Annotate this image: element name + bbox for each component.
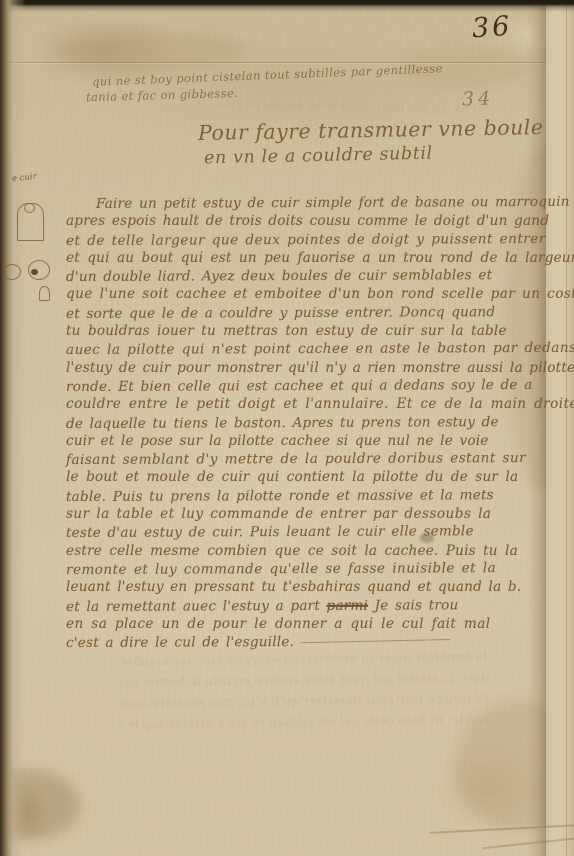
bleed-through-ghost-text: tu bouldras iouer tu mettras ton estuy d… xyxy=(117,645,488,734)
manuscript-line: couldre entre le petit doigt et l'annula… xyxy=(66,395,532,413)
binding-left-edge xyxy=(0,0,26,856)
manuscript-line: le bout et moule de cuir qui contient la… xyxy=(66,468,532,486)
manuscript-line: sur la table et luy commande de entrer p… xyxy=(66,505,532,523)
scan-top-edge xyxy=(0,0,574,12)
underlying-page-edge-line xyxy=(566,0,567,856)
manuscript-line: ronde. Et bien celle qui est cachee et q… xyxy=(66,376,532,396)
line-pre-text: et la remettant auec l'estuy a part xyxy=(66,597,327,614)
manuscript-line: d'un double liard. Ayez deux boules de c… xyxy=(66,266,532,286)
manuscript-line: leuant l'estuy en pressant tu t'esbahira… xyxy=(66,578,532,596)
manuscript-line: estre celle mesme combien que ce soit la… xyxy=(66,542,532,560)
manuscript-line: et sorte que le de a couldre y puisse en… xyxy=(66,303,532,323)
manuscript-line: l'estuy de cuir pour monstrer qu'il n'y … xyxy=(66,359,532,377)
circle-with-dot-sketch xyxy=(28,260,50,280)
manuscript-line: apres espois hault de trois doits cousu … xyxy=(66,212,532,230)
manuscript-line: auec la pilotte qui n'est point cachee e… xyxy=(66,339,532,359)
manuscript-line-with-strikeout: et la remettant auec l'estuy a part parm… xyxy=(66,596,532,616)
manuscript-line: remonte et luy commande qu'elle se fasse… xyxy=(66,559,532,579)
manuscript-line: et qui au bout qui est un peu fauorise a… xyxy=(66,249,532,267)
manuscript-line: tu bouldras iouer tu mettras ton estuy d… xyxy=(66,322,532,340)
page-number-top-right: 36 xyxy=(471,11,513,45)
manuscript-line: teste d'au estuy de cuir. Puis leuant le… xyxy=(66,522,532,542)
manuscript-line: et de telle largeur que deux pointes de … xyxy=(66,230,532,250)
underlying-page-edge xyxy=(545,0,574,856)
manuscript-line: table. Puis tu prens la pilotte ronde et… xyxy=(66,486,532,506)
line-post-text: Je sais trou xyxy=(368,597,458,613)
manuscript-line: que l'une soit cachee et emboitee d'un b… xyxy=(66,285,532,303)
manuscript-line: en sa place un de pour le donner a qui l… xyxy=(66,615,532,633)
manuscript-line: faisant semblant d'y mettre de la pouldr… xyxy=(66,449,532,469)
circle-dot xyxy=(31,269,38,275)
thimble-sketch xyxy=(17,203,44,241)
small-thimble-sketch xyxy=(39,286,50,301)
struck-out-word: parmi xyxy=(326,597,368,613)
manuscript-line: cuir et le pose sur la pilotte cachee si… xyxy=(66,432,532,450)
body-text-block: Faire un petit estuy de cuir simple fort… xyxy=(66,194,532,651)
flourish-line xyxy=(300,639,450,643)
manuscript-line: de laquelle tu tiens le baston. Apres tu… xyxy=(66,413,532,433)
horizontal-crease xyxy=(0,62,574,65)
manuscript-line: Faire un petit estuy de cuir simple fort… xyxy=(66,193,532,213)
manuscript-scan: 36 qui ne st boy point cistelan tout sub… xyxy=(0,0,574,856)
thimble-dimple xyxy=(24,203,35,213)
